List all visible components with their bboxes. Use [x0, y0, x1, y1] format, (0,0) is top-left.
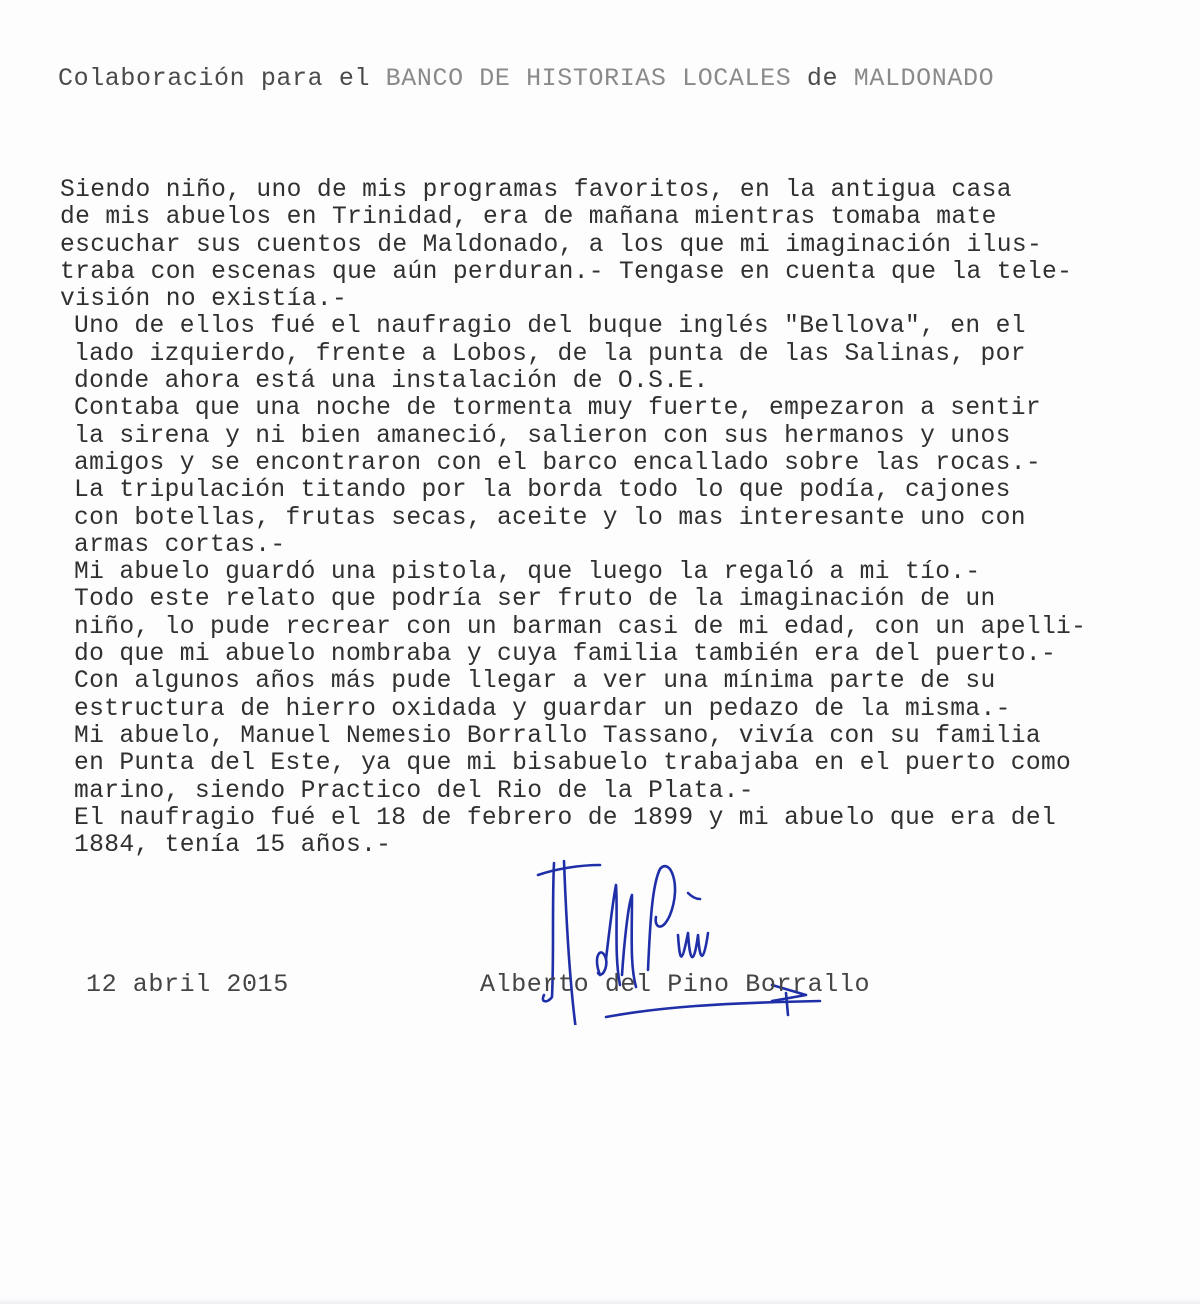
text-line: Mi abuelo, Manuel Nemesio Borrallo Tassa… [60, 723, 1086, 750]
signer-name: Alberto del Pino Borrallo [480, 970, 870, 999]
text-line: Contaba que una noche de tormenta muy fu… [60, 395, 1086, 422]
text-line: Mi abuelo guardó una pistola, que luego … [60, 559, 1086, 586]
text-line: La tripulación titando por la borda todo… [60, 477, 1086, 504]
letter-body: Siendo niño, uno de mis programas favori… [60, 177, 1086, 859]
text-line: Con algunos años más pude llegar a ver u… [60, 668, 1086, 695]
text-line: en Punta del Este, ya que mi bisabuelo t… [60, 750, 1086, 777]
text-line: Uno de ellos fué el naufragio del buque … [60, 313, 1086, 340]
handwritten-signature [510, 855, 830, 1025]
text-line: lado izquierdo, frente a Lobos, de la pu… [60, 341, 1086, 368]
letter-heading: Colaboración para el BANCO DE HISTORIAS … [58, 64, 994, 93]
text-line: Todo este relato que podría ser fruto de… [60, 586, 1086, 613]
text-line: estructura de hierro oxidada y guardar u… [60, 696, 1086, 723]
text-line: armas cortas.- [60, 532, 1086, 559]
heading-de: de [791, 64, 853, 93]
text-line: Siendo niño, uno de mis programas favori… [60, 177, 1086, 204]
text-line: visión no existía.- [60, 286, 1086, 313]
paper-edge [0, 1298, 1200, 1304]
heading-prefix: Colaboración para el [58, 64, 386, 93]
text-line: de mis abuelos en Trinidad, era de mañan… [60, 204, 1086, 231]
heading-place: MALDONADO [854, 64, 994, 93]
text-line: marino, siendo Practico del Rio de la Pl… [60, 778, 1086, 805]
text-line: do que mi abuelo nombraba y cuya familia… [60, 641, 1086, 668]
heading-bank: BANCO DE HISTORIAS LOCALES [386, 64, 792, 93]
text-line: El naufragio fué el 18 de febrero de 189… [60, 805, 1086, 832]
letter-date: 12 abril 2015 [86, 970, 289, 999]
text-line: amigos y se encontraron con el barco enc… [60, 450, 1086, 477]
text-line: escuchar sus cuentos de Maldonado, a los… [60, 232, 1086, 259]
text-line: niño, lo pude recrear con un barman casi… [60, 614, 1086, 641]
letter-page: Colaboración para el BANCO DE HISTORIAS … [0, 0, 1200, 1304]
text-line: con botellas, frutas secas, aceite y lo … [60, 505, 1086, 532]
text-line: traba con escenas que aún perduran.- Ten… [60, 259, 1086, 286]
text-line: donde ahora está una instalación de O.S.… [60, 368, 1086, 395]
text-line: la sirena y ni bien amaneció, salieron c… [60, 423, 1086, 450]
